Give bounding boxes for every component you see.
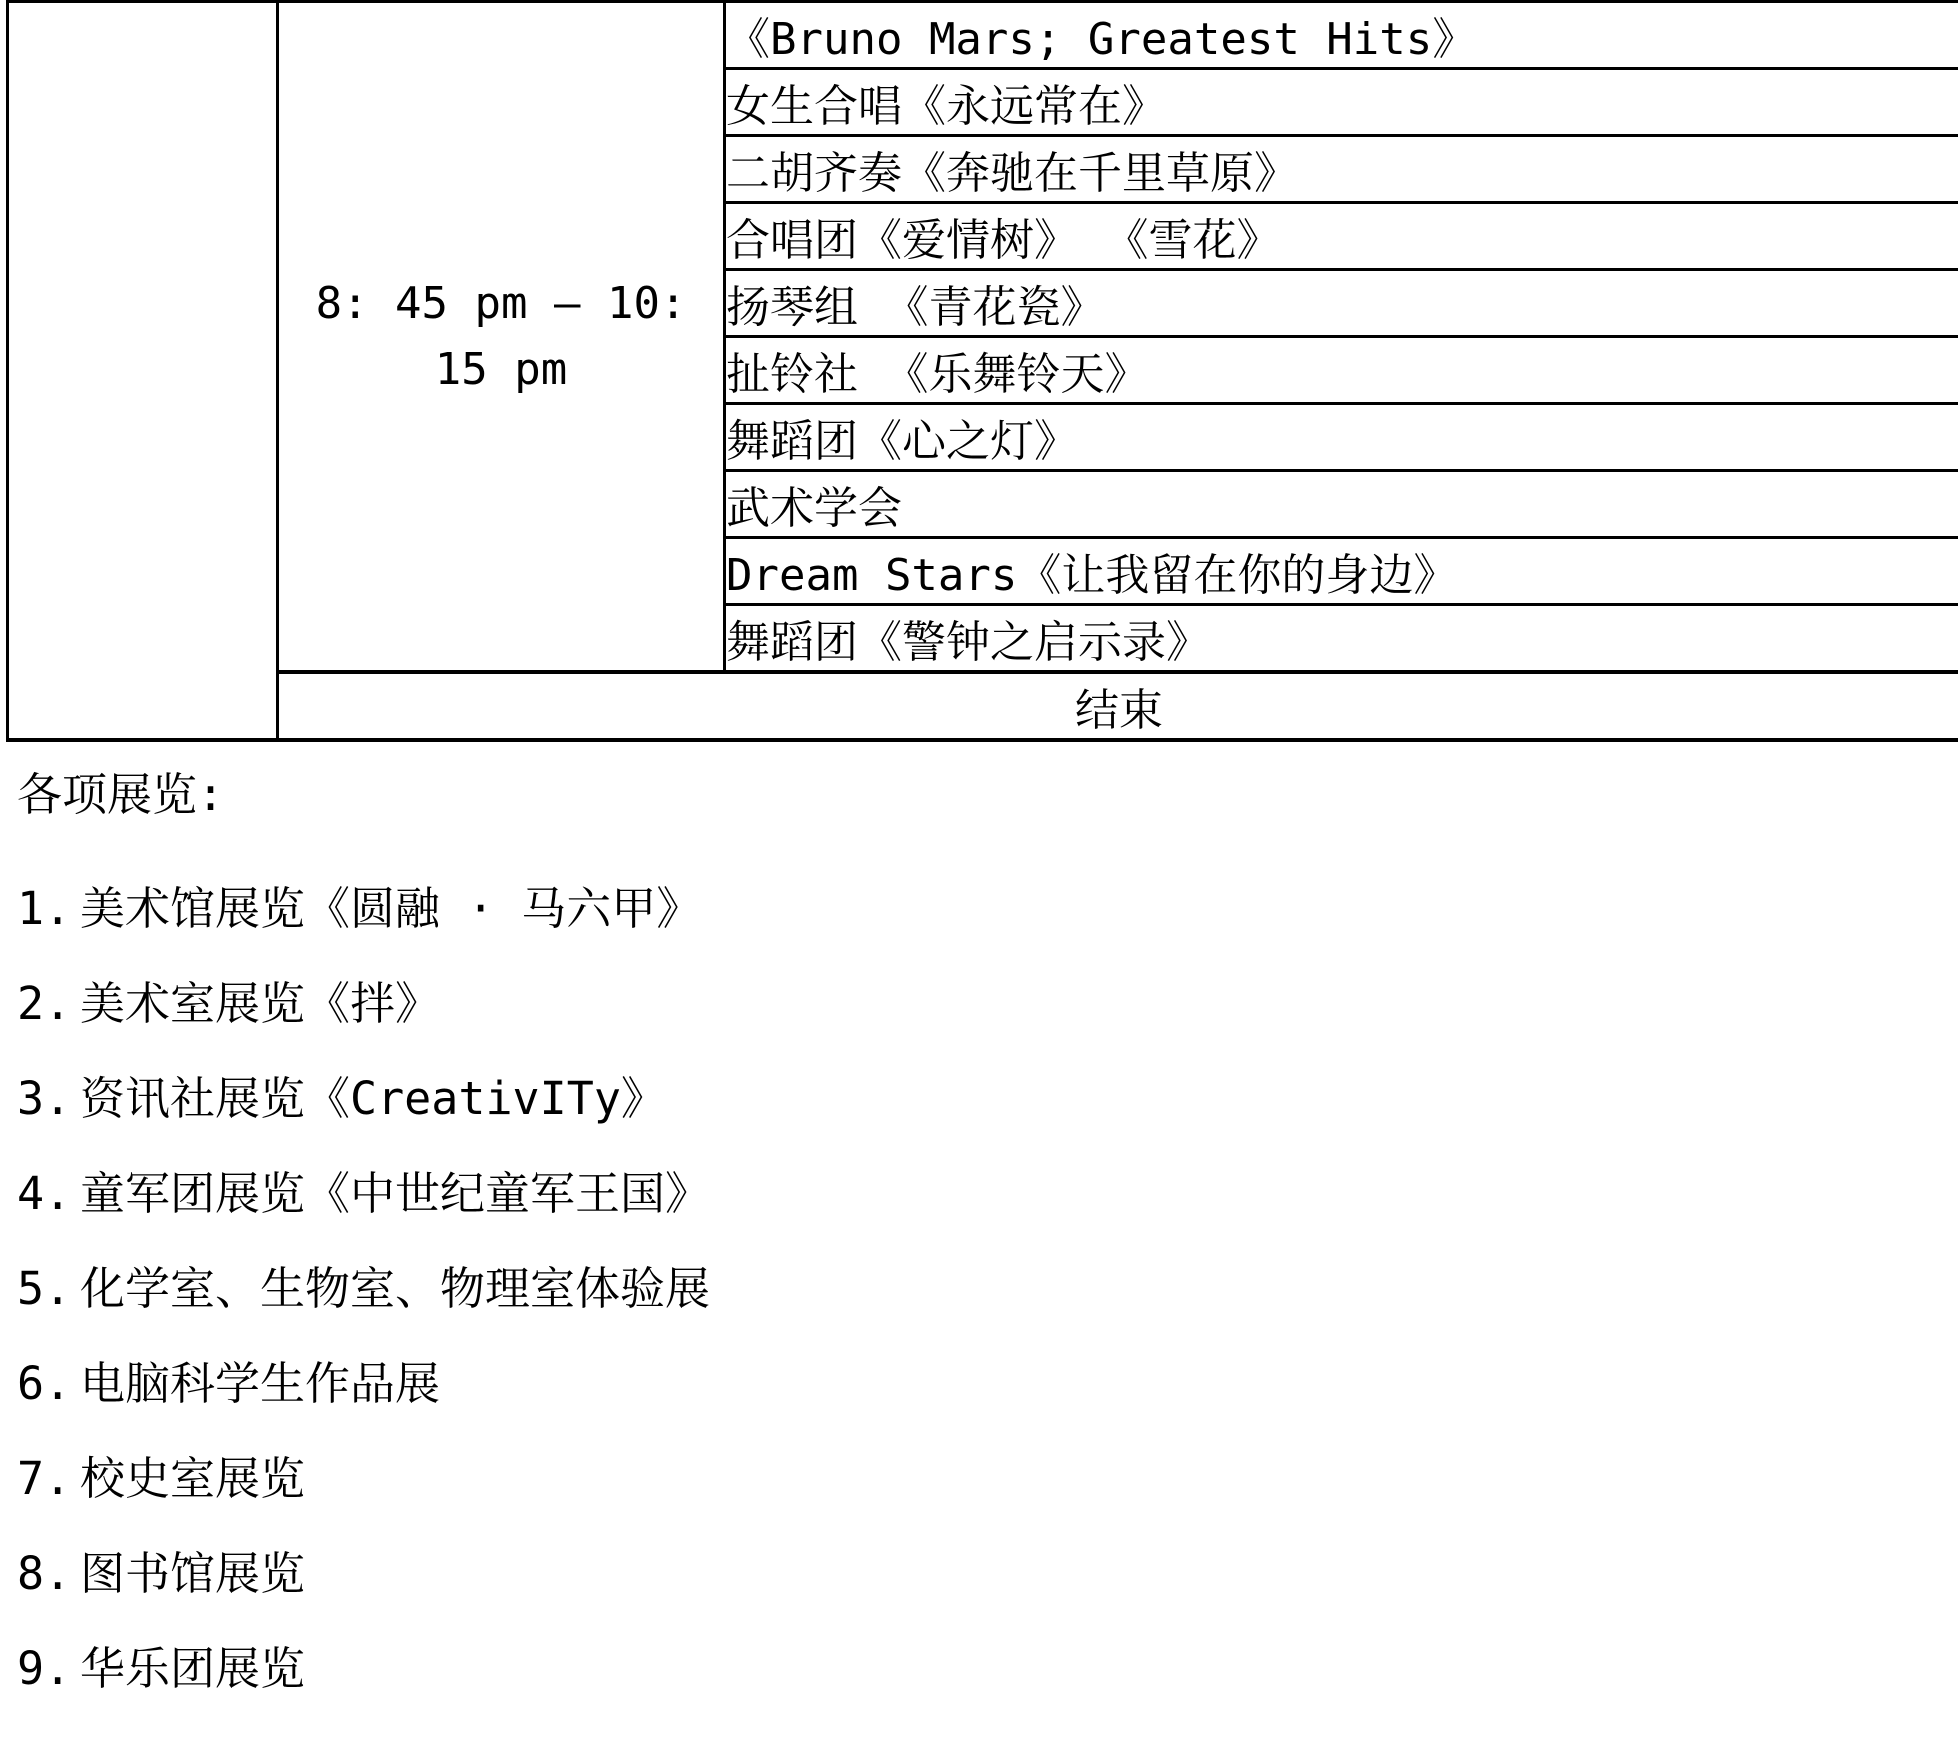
program-title: 女生合唱《永远常在》: [726, 81, 1166, 132]
exhibition-item-text: 美术馆展览《圆融 · 马六甲》: [80, 882, 701, 935]
schedule-end-row: 结束: [8, 672, 1958, 740]
program-title: 二胡齐奏《奔驰在千里草原》: [726, 148, 1298, 199]
performance-schedule-table: 8: 45 pm – 10:15 pm 《Bruno Mars; Greates…: [6, 0, 1958, 742]
exhibition-item-text: 校史室展览: [80, 1452, 305, 1505]
exhibition-item-number: 6.: [17, 1359, 80, 1409]
time-slot-line2: 15 pm: [279, 337, 723, 403]
schedule-row: 8: 45 pm – 10:15 pm 《Bruno Mars; Greates…: [8, 2, 1958, 69]
exhibition-list-item: 3.资讯社展览《CreativITy》: [17, 1074, 1917, 1124]
program-title: 舞蹈团《心之灯》: [726, 416, 1078, 467]
exhibition-item-number: 2.: [17, 979, 80, 1029]
schedule-table-body: 8: 45 pm – 10:15 pm 《Bruno Mars; Greates…: [8, 2, 1958, 741]
program-cell: Dream Stars《让我留在你的身边》: [725, 538, 1958, 605]
exhibitions-section: 各项展览: 1.美术馆展览《圆融 · 马六甲》 2.美术室展览《拌》 3.资讯社…: [17, 770, 1917, 1739]
program-cell: 扯铃社 《乐舞铃天》: [725, 337, 1958, 404]
program-cell: 舞蹈团《警钟之启示录》: [725, 605, 1958, 673]
exhibition-item-number: 5.: [17, 1264, 80, 1314]
time-slot-cell: 8: 45 pm – 10:15 pm: [278, 2, 725, 673]
exhibition-item-number: 4.: [17, 1169, 80, 1219]
empty-left-cell: [8, 2, 278, 741]
exhibition-item-text: 资讯社展览《CreativITy》: [80, 1072, 666, 1125]
exhibition-list-item: 8.图书馆展览: [17, 1549, 1917, 1599]
exhibition-item-text: 童军团展览《中世纪童军王国》: [80, 1167, 710, 1220]
program-cell: 扬琴组 《青花瓷》: [725, 270, 1958, 337]
exhibition-list-item: 7.校史室展览: [17, 1454, 1917, 1504]
program-title: 扯铃社 《乐舞铃天》: [726, 349, 1149, 400]
exhibition-item-text: 化学室、生物室、物理室体验展: [80, 1262, 710, 1315]
program-title: 合唱团《爱情树》 《雪花》: [726, 215, 1281, 266]
exhibition-item-text: 图书馆展览: [80, 1547, 305, 1600]
exhibition-list-item: 6.电脑科学生作品展: [17, 1359, 1917, 1409]
program-title: 扬琴组 《青花瓷》: [726, 282, 1105, 333]
program-cell: 舞蹈团《心之灯》: [725, 404, 1958, 471]
end-label-cell: 结束: [278, 672, 1958, 740]
exhibitions-list: 1.美术馆展览《圆融 · 马六甲》 2.美术室展览《拌》 3.资讯社展览《Cre…: [17, 884, 1917, 1694]
exhibition-item-text: 华乐团展览: [80, 1642, 305, 1695]
exhibition-item-number: 7.: [17, 1454, 80, 1504]
program-title: 武术学会: [726, 483, 902, 534]
program-cell: 武术学会: [725, 471, 1958, 538]
exhibition-item-number: 8.: [17, 1549, 80, 1599]
exhibition-item-text: 美术室展览《拌》: [80, 977, 440, 1030]
time-slot-line1: 8: 45 pm – 10:: [279, 271, 723, 337]
exhibition-item-number: 1.: [17, 884, 80, 934]
exhibitions-heading: 各项展览:: [17, 770, 1917, 820]
program-cell: 女生合唱《永远常在》: [725, 69, 1958, 136]
program-title: 《Bruno Mars; Greatest Hits》: [726, 14, 1476, 65]
program-title: 舞蹈团《警钟之启示录》: [726, 617, 1210, 668]
program-cell: 合唱团《爱情树》 《雪花》: [725, 203, 1958, 270]
exhibition-list-item: 2.美术室展览《拌》: [17, 979, 1917, 1029]
exhibition-list-item: 1.美术馆展览《圆融 · 马六甲》: [17, 884, 1917, 934]
program-cell: 《Bruno Mars; Greatest Hits》: [725, 2, 1958, 69]
exhibition-list-item: 5.化学室、生物室、物理室体验展: [17, 1264, 1917, 1314]
exhibition-item-number: 9.: [17, 1644, 80, 1694]
exhibition-item-text: 电脑科学生作品展: [80, 1357, 440, 1410]
program-title: Dream Stars《让我留在你的身边》: [726, 550, 1457, 601]
program-cell: 二胡齐奏《奔驰在千里草原》: [725, 136, 1958, 203]
exhibition-item-number: 3.: [17, 1074, 80, 1124]
exhibition-list-item: 9.华乐团展览: [17, 1644, 1917, 1694]
exhibition-list-item: 4.童军团展览《中世纪童军王国》: [17, 1169, 1917, 1219]
